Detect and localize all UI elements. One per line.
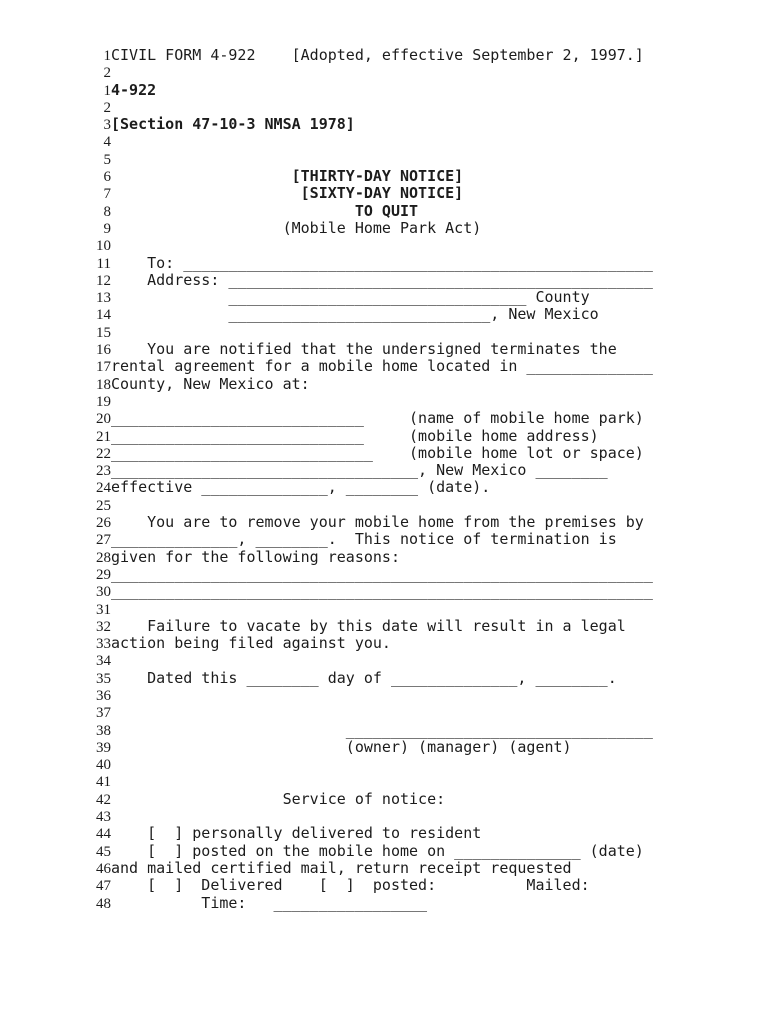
line-number: 29 bbox=[87, 567, 111, 584]
form-line: 6 [THIRTY-DAY NOTICE] bbox=[87, 168, 770, 185]
line-number: 22 bbox=[87, 446, 111, 463]
document-page: 1CIVIL FORM 4-922 [Adopted, effective Se… bbox=[0, 0, 770, 1024]
line-number: 41 bbox=[87, 774, 111, 791]
form-line: 27______________, ________. This notice … bbox=[87, 531, 770, 548]
line-number: 18 bbox=[87, 377, 111, 394]
form-line: 15 bbox=[87, 324, 770, 341]
form-line: 35 Dated this ________ day of __________… bbox=[87, 670, 770, 687]
line-text: Service of notice: bbox=[111, 790, 445, 808]
line-text: _____________________________ (mobile ho… bbox=[111, 444, 644, 462]
line-text: To: ____________________________________… bbox=[111, 254, 653, 272]
line-number: 17 bbox=[87, 359, 111, 376]
line-text: [ ] posted on the mobile home on _______… bbox=[111, 842, 644, 860]
line-text: [THIRTY-DAY NOTICE] bbox=[111, 167, 463, 185]
line-text: and mailed certified mail, return receip… bbox=[111, 859, 572, 877]
form-line: 41 bbox=[87, 773, 770, 790]
line-text: CIVIL FORM 4-922 [Adopted, effective Sep… bbox=[111, 46, 644, 64]
line-number: 10 bbox=[87, 238, 111, 255]
form-line: 18County, New Mexico at: bbox=[87, 376, 770, 393]
form-line: 48 Time: _________________ bbox=[87, 895, 770, 912]
form-line: 8 TO QUIT bbox=[87, 203, 770, 220]
line-text: ______________, ________. This notice of… bbox=[111, 530, 617, 548]
line-number: 42 bbox=[87, 792, 111, 809]
form-line: 45 [ ] posted on the mobile home on ____… bbox=[87, 843, 770, 860]
form-line: 13 _________________________________ Cou… bbox=[87, 289, 770, 306]
line-number: 11 bbox=[87, 256, 111, 273]
line-number: 2 bbox=[87, 100, 111, 117]
form-line: 14-922 bbox=[87, 82, 770, 99]
form-lines: 1CIVIL FORM 4-922 [Adopted, effective Se… bbox=[87, 47, 770, 912]
form-line: 42 Service of notice: bbox=[87, 791, 770, 808]
form-line: 3[Section 47-10-3 NMSA 1978] bbox=[87, 116, 770, 133]
line-number: 21 bbox=[87, 429, 111, 446]
line-number: 35 bbox=[87, 671, 111, 688]
line-number: 31 bbox=[87, 602, 111, 619]
line-number: 32 bbox=[87, 619, 111, 636]
line-number: 16 bbox=[87, 342, 111, 359]
form-line: 5 bbox=[87, 151, 770, 168]
form-line: 47 [ ] Delivered [ ] posted: Mailed: bbox=[87, 877, 770, 894]
line-number: 44 bbox=[87, 826, 111, 843]
line-number: 45 bbox=[87, 844, 111, 861]
form-line: 46and mailed certified mail, return rece… bbox=[87, 860, 770, 877]
line-number: 23 bbox=[87, 463, 111, 480]
form-line: 40 bbox=[87, 756, 770, 773]
line-text: You are to remove your mobile home from … bbox=[111, 513, 644, 531]
form-line: 43 bbox=[87, 808, 770, 825]
line-number: 2 bbox=[87, 65, 111, 82]
form-line: 26 You are to remove your mobile home fr… bbox=[87, 514, 770, 531]
line-text: Address: _______________________________… bbox=[111, 271, 653, 289]
line-text: _________________________________ County bbox=[111, 288, 590, 306]
line-number: 19 bbox=[87, 394, 111, 411]
form-line: 22_____________________________ (mobile … bbox=[87, 445, 770, 462]
line-text: (Mobile Home Park Act) bbox=[111, 219, 481, 237]
line-text: Failure to vacate by this date will resu… bbox=[111, 617, 626, 635]
form-line: 37 bbox=[87, 704, 770, 721]
form-line: 44 [ ] personally delivered to resident bbox=[87, 825, 770, 842]
line-text: action being filed against you. bbox=[111, 634, 391, 652]
line-number: 40 bbox=[87, 757, 111, 774]
line-number: 8 bbox=[87, 204, 111, 221]
form-line: 34 bbox=[87, 652, 770, 669]
line-number: 37 bbox=[87, 705, 111, 722]
line-text: Time: _________________ bbox=[111, 894, 427, 912]
line-text: Dated this ________ day of _____________… bbox=[111, 669, 617, 687]
line-text: rental agreement for a mobile home locat… bbox=[111, 357, 653, 375]
line-number: 36 bbox=[87, 688, 111, 705]
line-number: 47 bbox=[87, 878, 111, 895]
line-text: ____________________________ (name of mo… bbox=[111, 409, 644, 427]
form-line: 10 bbox=[87, 237, 770, 254]
form-line: 12 Address: ____________________________… bbox=[87, 272, 770, 289]
form-line: 32 Failure to vacate by this date will r… bbox=[87, 618, 770, 635]
line-number: 13 bbox=[87, 290, 111, 307]
line-number: 25 bbox=[87, 498, 111, 515]
line-number: 38 bbox=[87, 723, 111, 740]
line-text: [Section 47-10-3 NMSA 1978] bbox=[111, 115, 355, 133]
form-line: 2 bbox=[87, 99, 770, 116]
line-number: 12 bbox=[87, 273, 111, 290]
line-number: 1 bbox=[87, 48, 111, 65]
line-number: 48 bbox=[87, 896, 111, 913]
line-number: 3 bbox=[87, 117, 111, 134]
form-line: 16 You are notified that the undersigned… bbox=[87, 341, 770, 358]
form-line: 11 To: _________________________________… bbox=[87, 255, 770, 272]
form-line: 7 [SIXTY-DAY NOTICE] bbox=[87, 185, 770, 202]
form-line: 21____________________________ (mobile h… bbox=[87, 428, 770, 445]
line-text: 4-922 bbox=[111, 81, 156, 99]
form-line: 39 (owner) (manager) (agent) bbox=[87, 739, 770, 756]
line-number: 7 bbox=[87, 186, 111, 203]
line-text: effective ______________, ________ (date… bbox=[111, 478, 490, 496]
form-line: 4 bbox=[87, 133, 770, 150]
form-line: 17rental agreement for a mobile home loc… bbox=[87, 358, 770, 375]
line-text: [ ] Delivered [ ] posted: Mailed: bbox=[111, 876, 590, 894]
line-text: ________________________________________… bbox=[111, 565, 653, 583]
line-number: 33 bbox=[87, 636, 111, 653]
line-number: 14 bbox=[87, 307, 111, 324]
line-number: 9 bbox=[87, 221, 111, 238]
form-line: 30______________________________________… bbox=[87, 583, 770, 600]
line-number: 46 bbox=[87, 861, 111, 878]
form-line: 9 (Mobile Home Park Act) bbox=[87, 220, 770, 237]
line-number: 1 bbox=[87, 83, 111, 100]
form-line: 25 bbox=[87, 497, 770, 514]
line-text: TO QUIT bbox=[111, 202, 418, 220]
line-text: given for the following reasons: bbox=[111, 548, 400, 566]
line-number: 28 bbox=[87, 550, 111, 567]
form-line: 29______________________________________… bbox=[87, 566, 770, 583]
form-line: 1CIVIL FORM 4-922 [Adopted, effective Se… bbox=[87, 47, 770, 64]
line-text: County, New Mexico at: bbox=[111, 375, 310, 393]
line-text: You are notified that the undersigned te… bbox=[111, 340, 617, 358]
line-number: 27 bbox=[87, 532, 111, 549]
line-text: (owner) (manager) (agent) bbox=[111, 738, 572, 756]
line-text: [ ] personally delivered to resident bbox=[111, 824, 481, 842]
line-number: 30 bbox=[87, 584, 111, 601]
form-line: 24effective ______________, ________ (da… bbox=[87, 479, 770, 496]
line-text: ____________________________ (mobile hom… bbox=[111, 427, 599, 445]
form-line: 36 bbox=[87, 687, 770, 704]
form-line: 19 bbox=[87, 393, 770, 410]
form-line: 33action being filed against you. bbox=[87, 635, 770, 652]
form-line: 14 _____________________________, New Me… bbox=[87, 306, 770, 323]
form-line: 2 bbox=[87, 64, 770, 81]
line-text: __________________________________ bbox=[111, 721, 653, 739]
line-text: ________________________________________… bbox=[111, 582, 653, 600]
line-number: 26 bbox=[87, 515, 111, 532]
form-line: 20____________________________ (name of … bbox=[87, 410, 770, 427]
line-number: 15 bbox=[87, 325, 111, 342]
line-number: 20 bbox=[87, 411, 111, 428]
line-number: 34 bbox=[87, 653, 111, 670]
line-number: 43 bbox=[87, 809, 111, 826]
line-number: 24 bbox=[87, 480, 111, 497]
line-number: 5 bbox=[87, 152, 111, 169]
line-number: 6 bbox=[87, 169, 111, 186]
line-text: _____________________________, New Mexic… bbox=[111, 305, 599, 323]
form-line: 38 __________________________________ bbox=[87, 722, 770, 739]
line-text: __________________________________, New … bbox=[111, 461, 608, 479]
line-text: [SIXTY-DAY NOTICE] bbox=[111, 184, 463, 202]
form-line: 23__________________________________, Ne… bbox=[87, 462, 770, 479]
line-number: 4 bbox=[87, 134, 111, 151]
form-line: 28given for the following reasons: bbox=[87, 549, 770, 566]
line-number: 39 bbox=[87, 740, 111, 757]
form-line: 31 bbox=[87, 601, 770, 618]
